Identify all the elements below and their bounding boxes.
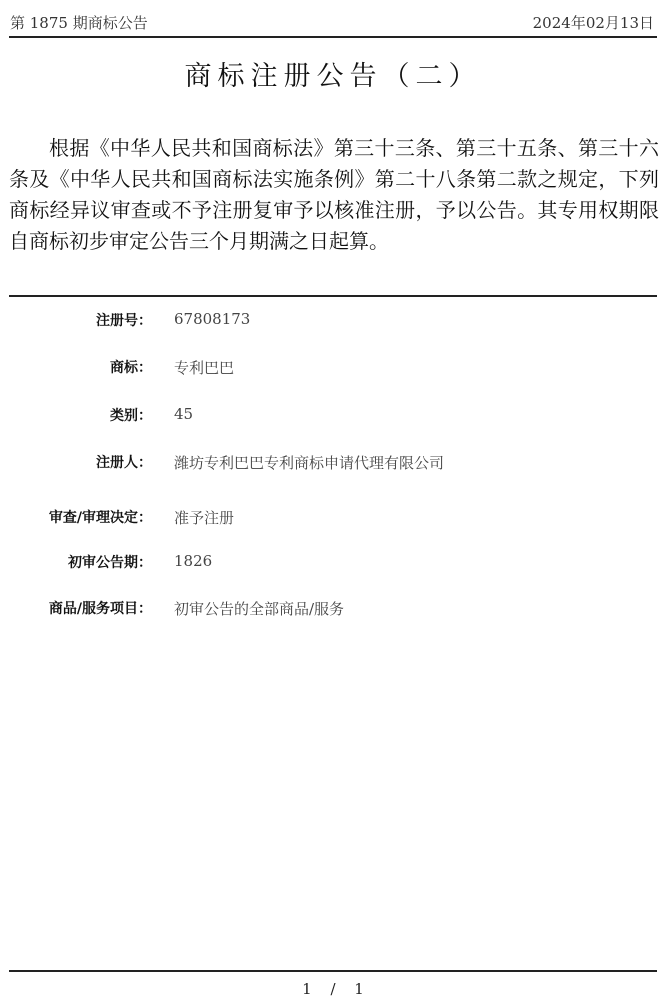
field-preliminary-issue: 初审公告期： 1826 — [0, 552, 666, 576]
page-header-issue: 第 1875 期商标公告 — [10, 12, 148, 33]
footer-divider — [9, 970, 657, 972]
page-number: 1 / 1 — [0, 980, 666, 998]
field-label: 审查/审理决定： — [49, 507, 152, 527]
field-value: 1826 — [174, 552, 212, 570]
field-value: 准予注册 — [174, 507, 234, 528]
field-value: 初审公告的全部商品/服务 — [174, 598, 344, 619]
header-divider — [9, 36, 657, 38]
field-class: 类别： 45 — [0, 405, 666, 429]
field-label: 初审公告期： — [68, 552, 152, 572]
field-value: 67808173 — [174, 310, 250, 328]
field-label: 商标： — [110, 357, 152, 377]
field-registration-number: 注册号： 67808173 — [0, 310, 666, 334]
field-label: 注册号： — [96, 310, 152, 330]
page-header-date: 2024年02月13日 — [533, 12, 654, 33]
field-value: 专利巴巴 — [174, 357, 234, 378]
field-value: 45 — [174, 405, 193, 423]
document-title: 商标注册公告（二） — [0, 54, 666, 93]
field-label: 类别： — [110, 405, 152, 425]
field-trademark: 商标： 专利巴巴 — [0, 357, 666, 381]
field-label: 注册人： — [96, 452, 152, 472]
field-registrant: 注册人： 潍坊专利巴巴专利商标申请代理有限公司 — [0, 452, 666, 476]
field-label: 商品/服务项目： — [49, 598, 152, 618]
field-decision: 审查/审理决定： 准予注册 — [0, 507, 666, 531]
section-divider — [9, 295, 657, 297]
intro-paragraph: 根据《中华人民共和国商标法》第三十三条、第三十五条、第三十六条及《中华人民共和国… — [9, 133, 659, 257]
field-value: 潍坊专利巴巴专利商标申请代理有限公司 — [174, 452, 444, 473]
field-goods-services: 商品/服务项目： 初审公告的全部商品/服务 — [0, 598, 666, 622]
